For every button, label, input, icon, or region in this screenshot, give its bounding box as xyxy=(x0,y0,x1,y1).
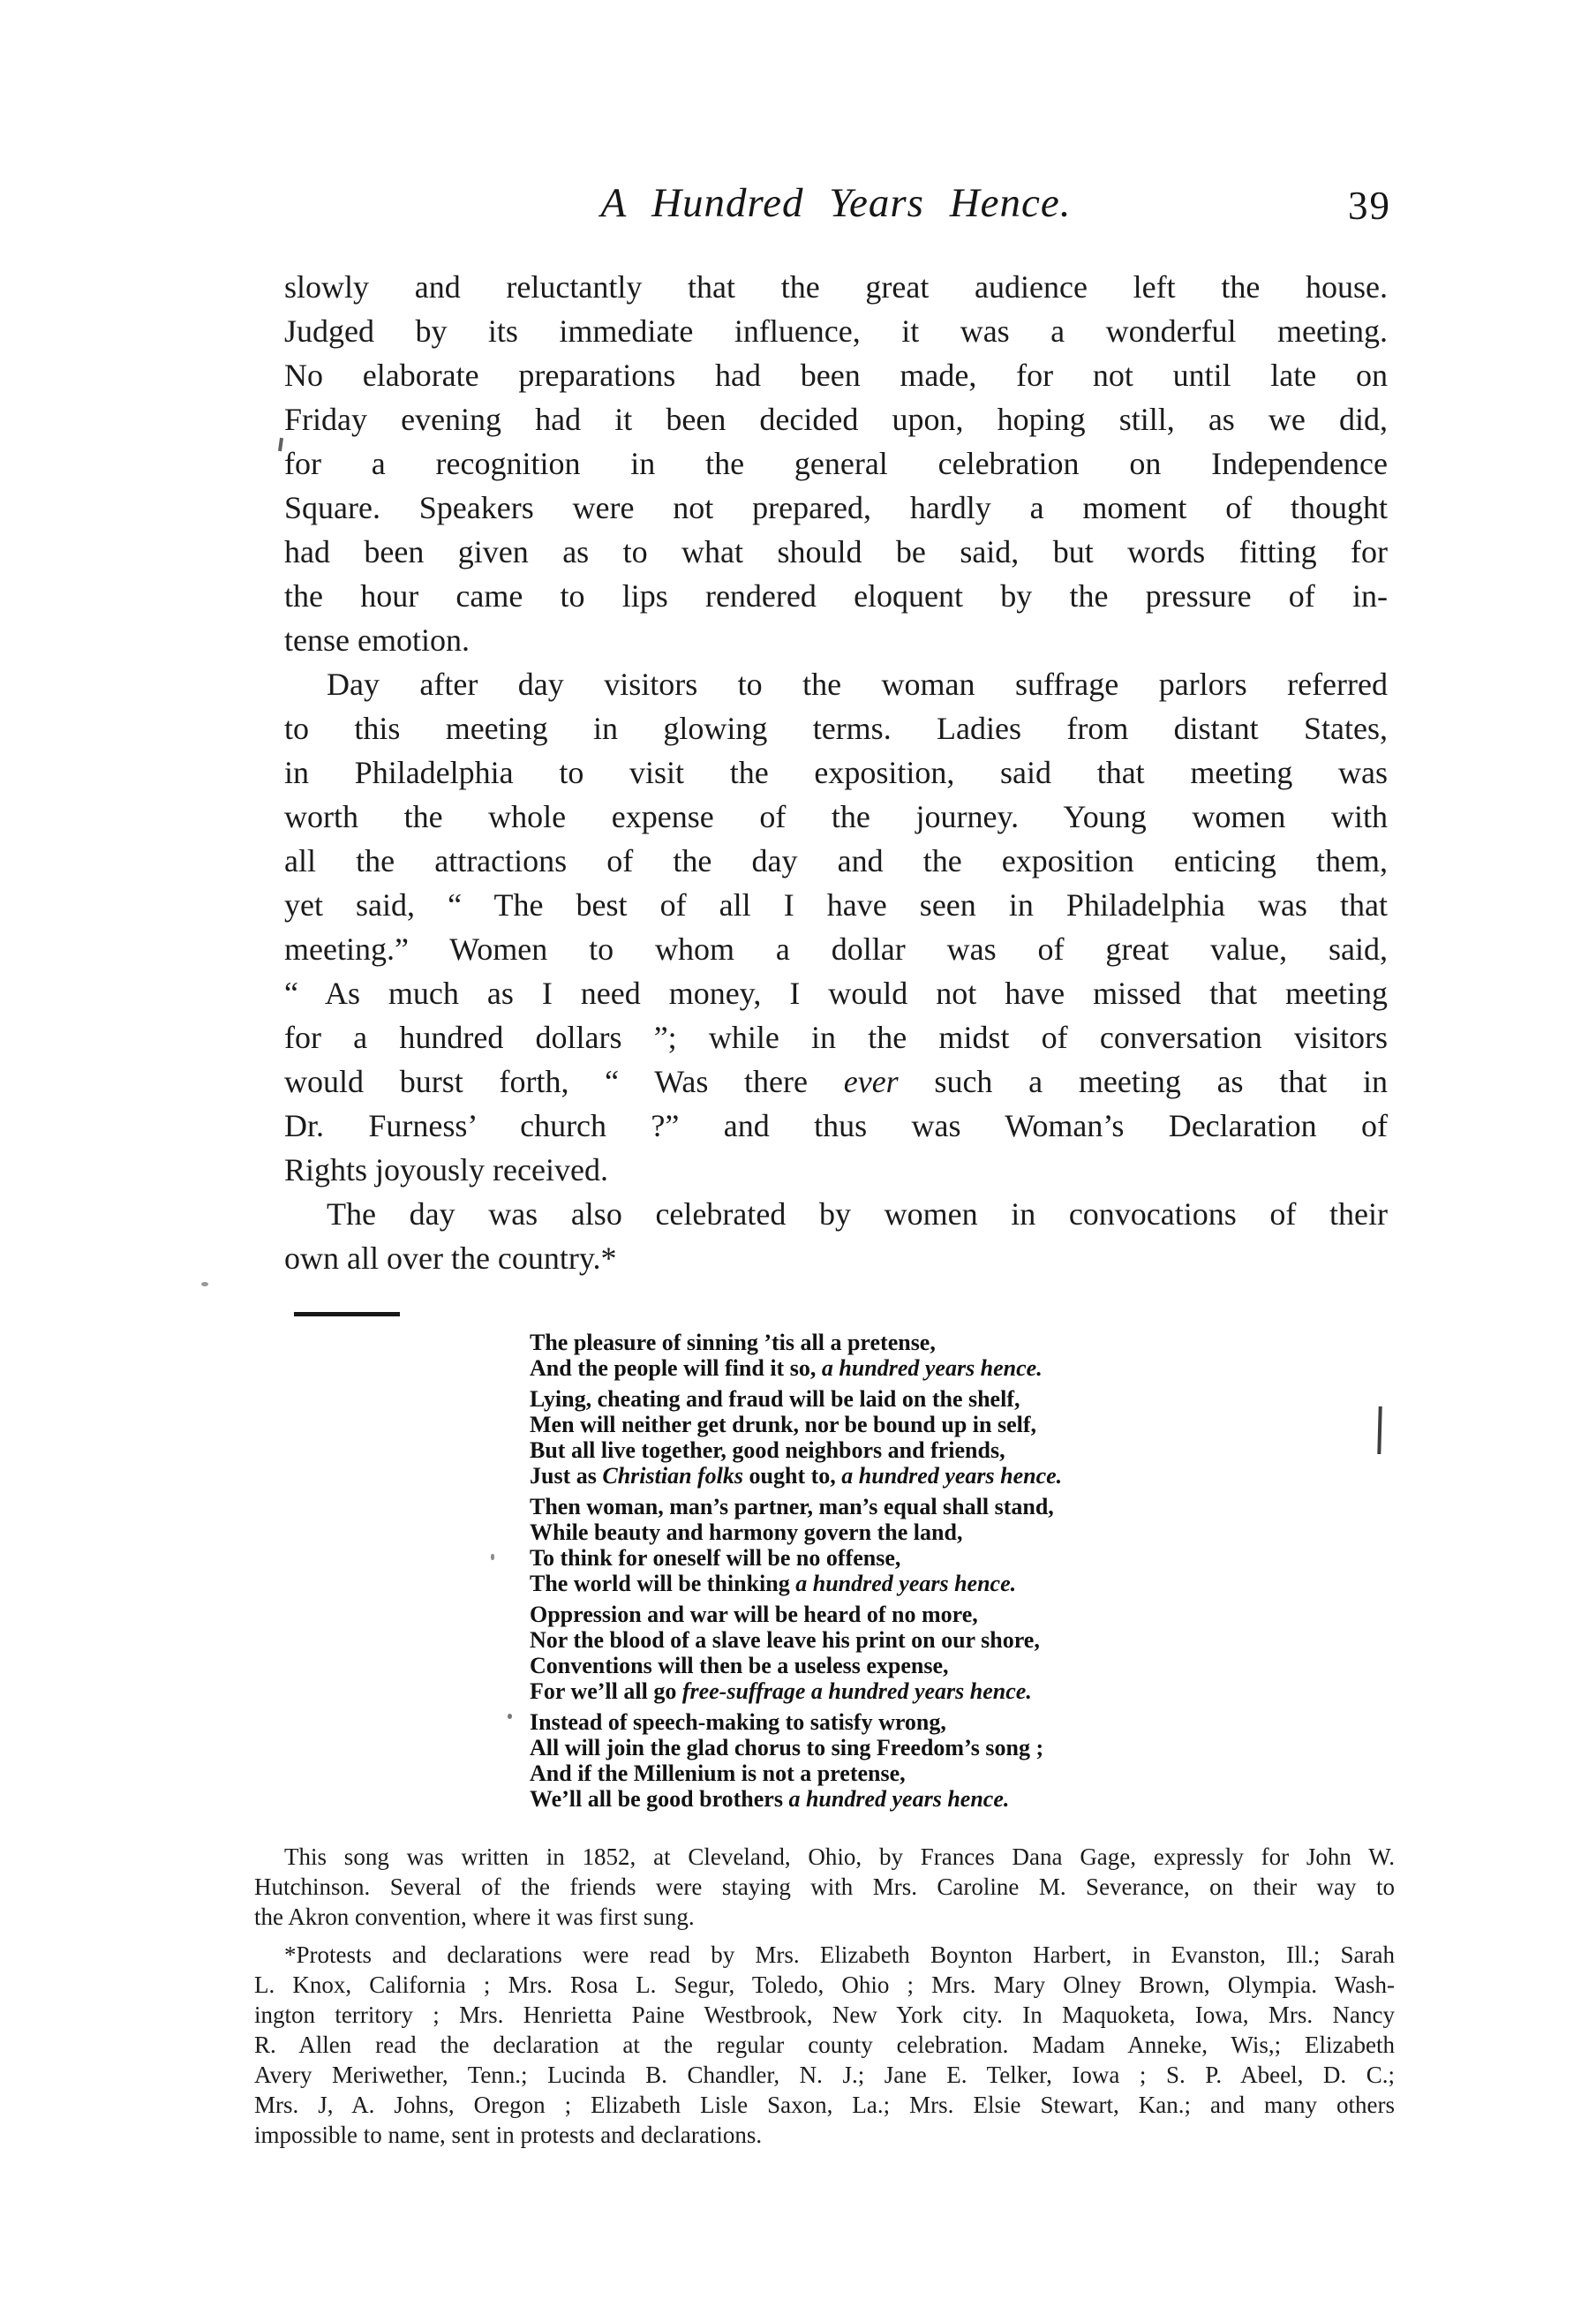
poem-stanza: Oppression and war will be heard of no m… xyxy=(530,1602,1201,1704)
body-text-line: all the attractions of the day and the e… xyxy=(284,839,1388,883)
body-text-line: Square. Speakers were not prepared, hard… xyxy=(284,486,1388,530)
poem: The pleasure of sinning ’tis all a prete… xyxy=(530,1330,1201,1817)
ink-speck xyxy=(201,1282,208,1286)
body-text-line: Judged by its immediate influence, it wa… xyxy=(284,309,1388,353)
footnote-line: Hutchinson. Several of the friends were … xyxy=(254,1872,1395,1902)
footnote-line: Mrs. J, A. Johns, Oregon ; Elizabeth Lis… xyxy=(254,2090,1395,2120)
body-text-line: for a hundred dollars ”; while in the mi… xyxy=(284,1015,1388,1059)
body-text-line: tense emotion. xyxy=(284,618,1388,662)
paragraph: The day was also celebrated by women in … xyxy=(284,1192,1388,1280)
footnote: *Protests and declarations were read by … xyxy=(254,1940,1395,2150)
poem-line: But all live together, good neighbors an… xyxy=(530,1437,1201,1463)
poem-line: The pleasure of sinning ’tis all a prete… xyxy=(530,1330,1201,1355)
poem-line: Oppression and war will be heard of no m… xyxy=(530,1602,1201,1627)
poem-line: Men will neither get drunk, nor be bound… xyxy=(530,1412,1201,1437)
ink-smudge-tick xyxy=(278,438,283,451)
book-page: A Hundred Years Hence. 39 slowly and rel… xyxy=(0,0,1596,2307)
body-text-line: Day after day visitors to the woman suff… xyxy=(284,662,1388,706)
body-text-line: in Philadelphia to visit the exposition,… xyxy=(284,750,1388,795)
footnote-line: Avery Meriwether, Tenn.; Lucinda B. Chan… xyxy=(254,2060,1395,2090)
footnote-line: *Protests and declarations were read by … xyxy=(254,1940,1395,1970)
poem-line: For we’ll all go free-suffrage a hundred… xyxy=(530,1678,1201,1704)
poem-stanza: The pleasure of sinning ’tis all a prete… xyxy=(530,1330,1201,1381)
poem-stanza: Lying, cheating and fraud will be laid o… xyxy=(530,1386,1201,1489)
footnote-line: This song was written in 1852, at Clevel… xyxy=(254,1842,1395,1872)
body-text-line: yet said, “ The best of all I have seen … xyxy=(284,883,1388,927)
page-number: 39 xyxy=(1348,183,1391,229)
poem-line: And the people will find it so, a hundre… xyxy=(530,1355,1201,1381)
body-text-line: meeting.” Women to whom a dollar was of … xyxy=(284,927,1388,971)
body-text-line: worth the whole expense of the journey. … xyxy=(284,795,1388,839)
poem-line: We’ll all be good brothers a hundred yea… xyxy=(530,1786,1201,1812)
poem-stanza: Instead of speech-making to satisfy wron… xyxy=(530,1709,1201,1812)
body-text-line: No elaborate preparations had been made,… xyxy=(284,353,1388,397)
poem-line: Lying, cheating and fraud will be laid o… xyxy=(530,1386,1201,1412)
paragraph: slowly and reluctantly that the great au… xyxy=(284,265,1388,662)
body-paragraphs: slowly and reluctantly that the great au… xyxy=(284,265,1388,1280)
body-text-line: Dr. Furness’ church ?” and thus was Woma… xyxy=(284,1104,1388,1148)
poem-line: While beauty and harmony govern the land… xyxy=(530,1519,1201,1545)
ink-speck xyxy=(491,1554,494,1560)
ink-smudge-vertical xyxy=(1377,1406,1381,1454)
poem-line: Instead of speech-making to satisfy wron… xyxy=(530,1709,1201,1735)
paragraph: Day after day visitors to the woman suff… xyxy=(284,662,1388,1192)
body-text-line: Friday evening had it been decided upon,… xyxy=(284,397,1388,441)
footnote: This song was written in 1852, at Clevel… xyxy=(254,1842,1395,1932)
poem-stanza: Then woman, man’s partner, man’s equal s… xyxy=(530,1494,1201,1596)
ink-speck xyxy=(508,1714,512,1719)
body-text-line: Rights joyously received. xyxy=(284,1148,1388,1192)
body-text-line: would burst forth, “ Was there ever such… xyxy=(284,1059,1388,1104)
footnote-line: L. Knox, California ; Mrs. Rosa L. Segur… xyxy=(254,1970,1395,2000)
footnote-line: the Akron convention, where it was first… xyxy=(254,1902,1395,1932)
body-text-line: for a recognition in the general celebra… xyxy=(284,441,1388,486)
footnote-line: R. Allen read the declaration at the reg… xyxy=(254,2030,1395,2060)
running-title: A Hundred Years Hence. xyxy=(284,179,1388,227)
footnotes: This song was written in 1852, at Clevel… xyxy=(254,1842,1395,2158)
body-text-line: the hour came to lips rendered eloquent … xyxy=(284,574,1388,618)
body-text-line: “ As much as I need money, I would not h… xyxy=(284,971,1388,1015)
footnote-line: ington territory ; Mrs. Henrietta Paine … xyxy=(254,2000,1395,2030)
body-text-line: slowly and reluctantly that the great au… xyxy=(284,265,1388,309)
poem-line: Conventions will then be a useless expen… xyxy=(530,1653,1201,1678)
poem-line: The world will be thinking a hundred yea… xyxy=(530,1571,1201,1596)
poem-line: And if the Millenium is not a pretense, xyxy=(530,1760,1201,1786)
body-text-line: The day was also celebrated by women in … xyxy=(284,1192,1388,1236)
body-text-line: to this meeting in glowing terms. Ladies… xyxy=(284,706,1388,750)
poem-line: All will join the glad chorus to sing Fr… xyxy=(530,1735,1201,1760)
poem-line: Then woman, man’s partner, man’s equal s… xyxy=(530,1494,1201,1519)
poem-line: To think for oneself will be no offense, xyxy=(530,1545,1201,1571)
poem-line: Nor the blood of a slave leave his print… xyxy=(530,1627,1201,1653)
footnote-divider-rule xyxy=(294,1312,400,1316)
poem-line: Just as Christian folks ought to, a hund… xyxy=(530,1463,1201,1489)
footnote-line: impossible to name, sent in protests and… xyxy=(254,2120,1395,2150)
body-text-line: own all over the country.* xyxy=(284,1236,1388,1280)
body-text-line: had been given as to what should be said… xyxy=(284,530,1388,574)
